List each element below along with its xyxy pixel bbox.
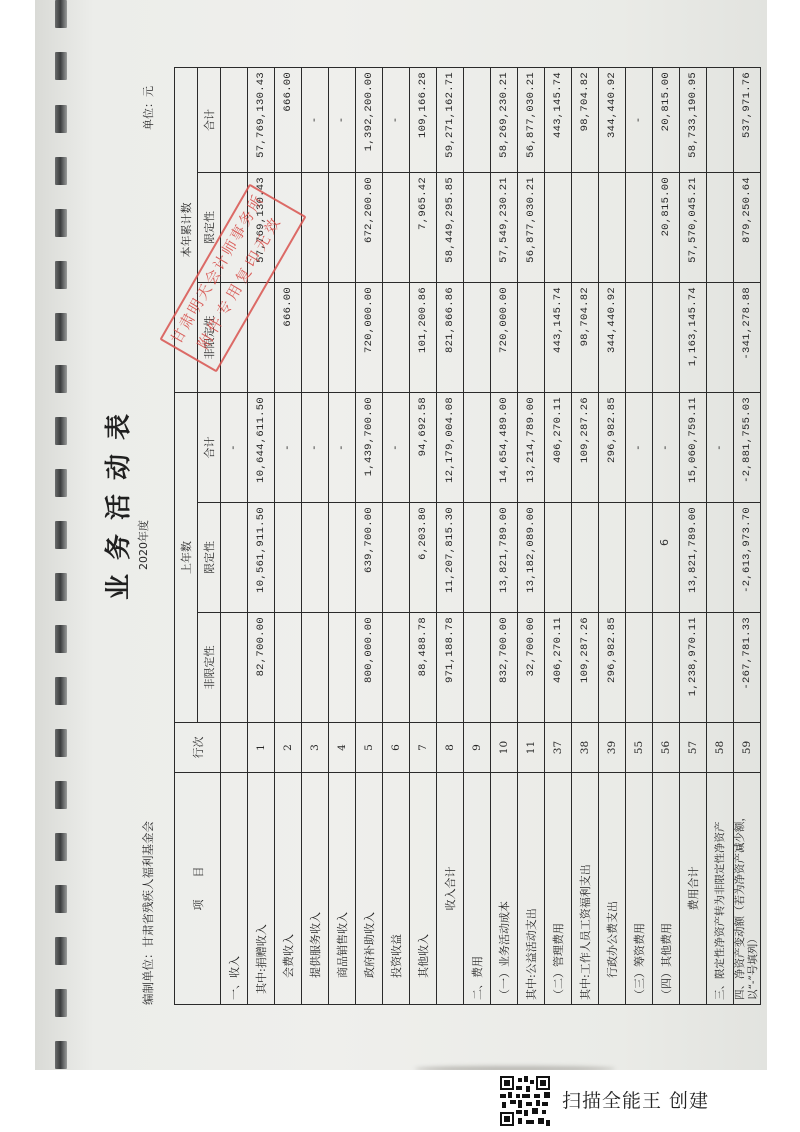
row-item: 行政办公费支出	[599, 773, 626, 1005]
row-item: （一）业务活动成本	[491, 773, 518, 1005]
py-unrestricted: 406,270.11	[545, 613, 572, 723]
row-number: 6	[383, 723, 410, 773]
cy-restricted: 879,250.64	[734, 173, 761, 283]
cy-total: 56,877,030.21	[518, 67, 545, 172]
cy-unrestricted: 98,704.82	[572, 283, 599, 393]
py-total: 12,179,004.08	[437, 393, 464, 503]
table-row: 商品销售收入4--	[329, 67, 356, 1004]
header-py-unrestricted: 非限定性	[198, 613, 221, 723]
py-restricted	[599, 503, 626, 613]
cy-unrestricted: 344,440.92	[599, 283, 626, 393]
row-item: 商品销售收入	[329, 773, 356, 1005]
py-restricted	[329, 503, 356, 613]
binding-hole-icon	[55, 781, 67, 809]
cy-unrestricted: 1,163,145.74	[680, 283, 707, 393]
row-item: 其中:捐赠收入	[248, 773, 275, 1005]
row-number: 9	[464, 723, 491, 773]
cy-restricted: 57,570,045.21	[680, 173, 707, 283]
binding-hole-icon	[55, 937, 67, 965]
cy-restricted	[626, 173, 653, 283]
row-number: 1	[248, 723, 275, 773]
cy-total	[707, 67, 734, 172]
py-total: -	[626, 393, 653, 503]
table-row: 费用合计571,238,970.1113,821,789.0015,060,75…	[680, 67, 707, 1004]
row-number: 10	[491, 723, 518, 773]
py-unrestricted	[653, 613, 680, 723]
binding-hole-icon	[55, 521, 67, 549]
table-row: （四）其他费用56-20,815.0020,815.00	[653, 67, 680, 1004]
binding-hole-icon	[55, 625, 67, 653]
cy-restricted: 57,549,230.21	[491, 173, 518, 283]
py-unrestricted	[626, 613, 653, 723]
py-unrestricted	[464, 613, 491, 723]
header-py-total: 合计	[198, 393, 221, 503]
cy-total: 344,440.92	[599, 67, 626, 172]
row-number: 8	[437, 723, 464, 773]
binding-hole-icon	[55, 833, 67, 861]
binding-hole-icon	[55, 52, 67, 80]
table-row: 其他收入788,488.786,203.8094,692.58101,200.8…	[410, 67, 437, 1004]
py-unrestricted: 82,700.00	[248, 613, 275, 723]
py-unrestricted: 88,488.78	[410, 613, 437, 723]
table-row: 投资收益6--	[383, 67, 410, 1004]
row-number: 3	[302, 723, 329, 773]
cy-total: 58,733,190.95	[680, 67, 707, 172]
binding-hole-icon	[55, 677, 67, 705]
py-total: -	[221, 393, 248, 503]
py-total: -	[707, 393, 734, 503]
row-number: 55	[626, 723, 653, 773]
binding-hole-icon	[55, 209, 67, 237]
cy-unrestricted	[383, 283, 410, 393]
py-restricted	[302, 503, 329, 613]
cy-restricted	[707, 173, 734, 283]
table-row: （一）业务活动成本10832,700.0013,821,789.0014,654…	[491, 67, 518, 1004]
cy-restricted: 7,965.42	[410, 173, 437, 283]
cy-restricted	[464, 173, 491, 283]
row-item: 提供服务收入	[302, 773, 329, 1005]
py-unrestricted: 832,700.00	[491, 613, 518, 723]
binding-hole-icon	[55, 417, 67, 445]
cy-unrestricted	[707, 283, 734, 393]
py-restricted	[221, 503, 248, 613]
py-total: 94,692.58	[410, 393, 437, 503]
py-total: -	[653, 393, 680, 503]
py-unrestricted	[707, 613, 734, 723]
cy-total: -	[329, 67, 356, 172]
table-row: （三）筹资费用55--	[626, 67, 653, 1004]
py-restricted	[275, 503, 302, 613]
table-row: 其中:工作人员工资福利支出38109,287.26109,287.2698,70…	[572, 67, 599, 1004]
py-unrestricted: 1,238,970.11	[680, 613, 707, 723]
py-total: 109,287.26	[572, 393, 599, 503]
organization-label: 编制单位：甘肃省残疾人福利基金会	[140, 821, 156, 1005]
py-total: -	[302, 393, 329, 503]
row-number: 4	[329, 723, 356, 773]
row-item: 投资收益	[383, 773, 410, 1005]
table-row: 政府补助收入5800,000.00639,700.001,439,700.007…	[356, 67, 383, 1004]
py-total: 296,982.85	[599, 393, 626, 503]
py-total: 15,060,759.11	[680, 393, 707, 503]
cy-unrestricted	[626, 283, 653, 393]
row-number: 57	[680, 723, 707, 773]
row-item: 一、收入	[221, 773, 248, 1005]
row-item: 政府补助收入	[356, 773, 383, 1005]
cy-total: 1,392,200.00	[356, 67, 383, 172]
row-number: 56	[653, 723, 680, 773]
binding-hole-icon	[55, 157, 67, 185]
binding-hole-icon	[55, 729, 67, 757]
cy-total: -	[302, 67, 329, 172]
row-item: 二、费用	[464, 773, 491, 1005]
cy-restricted	[545, 173, 572, 283]
row-item: 收入合计	[437, 773, 464, 1005]
binding-hole-icon	[55, 313, 67, 341]
py-unrestricted	[221, 613, 248, 723]
table-row: 其中:公益活动支出1132,700.0013,182,089.0013,214,…	[518, 67, 545, 1004]
row-number: 11	[518, 723, 545, 773]
binding-hole-icon	[55, 1041, 67, 1069]
binding-hole-icon	[55, 261, 67, 289]
row-item: 四、净资产变动额（若为净资产减少额，以“-”号填列）	[734, 773, 761, 1005]
row-number: 38	[572, 723, 599, 773]
py-restricted: 639,700.00	[356, 503, 383, 613]
cy-total: 109,166.28	[410, 67, 437, 172]
py-unrestricted: 109,287.26	[572, 613, 599, 723]
cy-restricted	[383, 173, 410, 283]
table-row: 三、限定性净资产转为非限定性净资产58-	[707, 67, 734, 1004]
qr-code-icon	[500, 1076, 550, 1126]
cy-unrestricted: 101,200.86	[410, 283, 437, 393]
row-number: 7	[410, 723, 437, 773]
row-item: 其中:工作人员工资福利支出	[572, 773, 599, 1005]
row-item: （三）筹资费用	[626, 773, 653, 1005]
cy-restricted: 672,200.00	[356, 173, 383, 283]
header-cy-total: 合计	[198, 67, 221, 172]
py-unrestricted	[329, 613, 356, 723]
py-total: 14,654,489.00	[491, 393, 518, 503]
py-unrestricted: -267,781.33	[734, 613, 761, 723]
py-restricted: 6,203.80	[410, 503, 437, 613]
cy-total: -	[383, 67, 410, 172]
py-unrestricted	[302, 613, 329, 723]
table-row: 提供服务收入3--	[302, 67, 329, 1004]
py-restricted: 11,207,815.30	[437, 503, 464, 613]
cy-unrestricted: 666.00	[275, 283, 302, 393]
py-total: -	[275, 393, 302, 503]
header-row-no: 行次	[175, 723, 221, 773]
cy-unrestricted	[518, 283, 545, 393]
cy-total: 58,269,230.21	[491, 67, 518, 172]
py-restricted	[464, 503, 491, 613]
py-unrestricted: 971,188.78	[437, 613, 464, 723]
row-item: （二）管理费用	[545, 773, 572, 1005]
py-total: 406,270.11	[545, 393, 572, 503]
py-total: 1,439,700.00	[356, 393, 383, 503]
py-total: 10,644,611.50	[248, 393, 275, 503]
row-number	[221, 723, 248, 773]
py-unrestricted: 800,000.00	[356, 613, 383, 723]
document-period: 2020年度	[135, 520, 151, 570]
table-row: 收入合计8971,188.7811,207,815.3012,179,004.0…	[437, 67, 464, 1004]
row-number: 58	[707, 723, 734, 773]
py-total: -2,881,755.03	[734, 393, 761, 503]
cy-restricted	[302, 173, 329, 283]
header-item: 项 目	[175, 773, 221, 1005]
cy-total	[464, 67, 491, 172]
cy-restricted: 20,815.00	[653, 173, 680, 283]
row-number: 5	[356, 723, 383, 773]
row-item: 费用合计	[680, 773, 707, 1005]
cy-total: 20,815.00	[653, 67, 680, 172]
cy-restricted: 58,449,295.85	[437, 173, 464, 283]
cy-total: 666.00	[275, 67, 302, 172]
py-total: 13,214,789.00	[518, 393, 545, 503]
py-total	[464, 393, 491, 503]
cy-restricted	[599, 173, 626, 283]
header-row-1: 项 目 行次 上年数 本年累计数	[175, 67, 198, 1004]
py-restricted: 13,821,789.00	[491, 503, 518, 613]
py-unrestricted	[383, 613, 410, 723]
cy-unrestricted: 821,866.86	[437, 283, 464, 393]
py-total: -	[329, 393, 356, 503]
binding-hole-icon	[55, 885, 67, 913]
row-item: 其他收入	[410, 773, 437, 1005]
cy-total: 59,271,162.71	[437, 67, 464, 172]
cy-unrestricted: 443,145.74	[545, 283, 572, 393]
py-restricted	[626, 503, 653, 613]
cy-unrestricted	[329, 283, 356, 393]
cy-total: -	[626, 67, 653, 172]
table-row: 四、净资产变动额（若为净资产减少额，以“-”号填列）59-267,781.33-…	[734, 67, 761, 1004]
scanner-watermark-text: 扫描全能王 创建	[562, 1086, 709, 1113]
cy-total: 537,971.76	[734, 67, 761, 172]
py-restricted	[707, 503, 734, 613]
cy-unrestricted: 720,000.00	[356, 283, 383, 393]
document-title: 业务活动表	[98, 400, 135, 600]
cy-unrestricted: -341,278.88	[734, 283, 761, 393]
cy-total	[221, 67, 248, 172]
binding-hole-icon	[55, 0, 67, 28]
py-restricted: 13,821,789.00	[680, 503, 707, 613]
py-total: -	[383, 393, 410, 503]
binding-hole-icon	[55, 989, 67, 1017]
py-unrestricted: 296,982.85	[599, 613, 626, 723]
row-number: 39	[599, 723, 626, 773]
audit-stamp-wrapper: 甘肃明天会计师事务所 附件专用复印无效	[200, 188, 266, 368]
cy-total: 98,704.82	[572, 67, 599, 172]
py-restricted	[383, 503, 410, 613]
cy-unrestricted	[653, 283, 680, 393]
header-py-restricted: 限定性	[198, 503, 221, 613]
binding-hole-icon	[55, 469, 67, 497]
table-row: 二、费用9	[464, 67, 491, 1004]
py-restricted: 10,561,911.50	[248, 503, 275, 613]
py-restricted	[653, 503, 680, 613]
py-restricted: -2,613,973.70	[734, 503, 761, 613]
py-restricted	[572, 503, 599, 613]
cy-unrestricted: 720,000.00	[491, 283, 518, 393]
row-item: 其中:公益活动支出	[518, 773, 545, 1005]
row-item: 三、限定性净资产转为非限定性净资产	[707, 773, 734, 1005]
binding-hole-icon	[55, 105, 67, 133]
header-prior-year: 上年数	[175, 393, 198, 723]
unit-label: 单位：元	[140, 86, 156, 130]
row-number: 37	[545, 723, 572, 773]
cy-restricted	[329, 173, 356, 283]
cy-total: 57,769,130.43	[248, 67, 275, 172]
table-row: 行政办公费支出39296,982.85296,982.85344,440.923…	[599, 67, 626, 1004]
py-unrestricted	[275, 613, 302, 723]
binding-hole-icon	[55, 365, 67, 393]
cy-restricted: 56,877,030.21	[518, 173, 545, 283]
table-row: （二）管理费用37406,270.11406,270.11443,145.744…	[545, 67, 572, 1004]
py-restricted: 13,182,089.00	[518, 503, 545, 613]
row-number: 59	[734, 723, 761, 773]
cy-unrestricted	[464, 283, 491, 393]
row-item: （四）其他费用	[653, 773, 680, 1005]
binding-hole-icon	[55, 573, 67, 601]
py-restricted	[545, 503, 572, 613]
row-item: 会费收入	[275, 773, 302, 1005]
cy-unrestricted	[302, 283, 329, 393]
cy-restricted	[572, 173, 599, 283]
row-number: 2	[275, 723, 302, 773]
py-unrestricted: 32,700.00	[518, 613, 545, 723]
cy-total: 443,145.74	[545, 67, 572, 172]
